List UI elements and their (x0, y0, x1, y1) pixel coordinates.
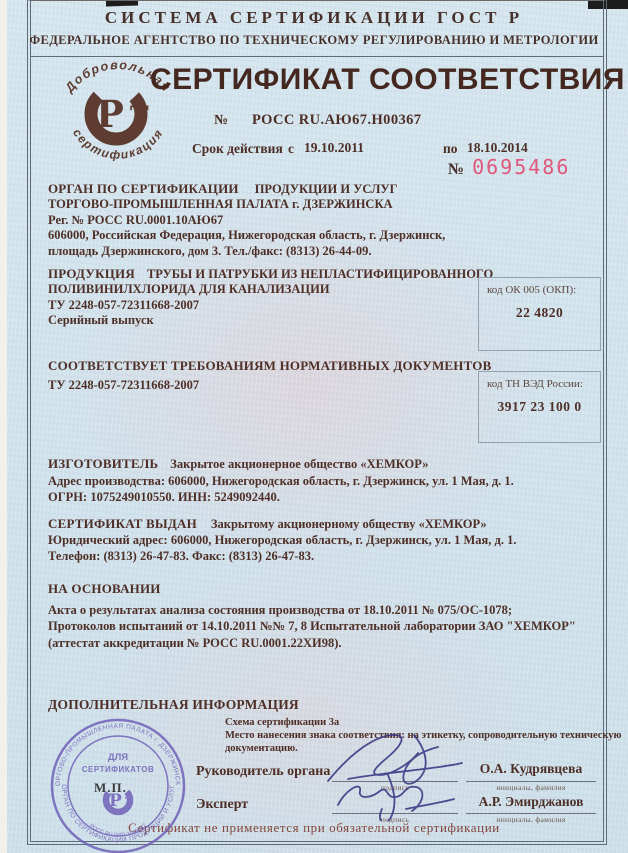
certificate-page: СИСТЕМА СЕРТИФИКАЦИИ ГОСТ Р ФЕДЕРАЛЬНОЕ … (0, 0, 628, 853)
product-name-line2: ПОЛИВИНИЛХЛОРИДА ДЛЯ КАНАЛИЗАЦИИ (48, 282, 493, 297)
basis-section: НА ОСНОВАНИИ Акта о результатах анализа … (48, 581, 576, 651)
product-issue-type: Серийный выпуск (48, 313, 493, 328)
agency-line: ФЕДЕРАЛЬНОЕ АГЕНТСТВО ПО ТЕХНИЧЕСКОМУ РЕ… (0, 33, 628, 48)
org-value: ПРОДУКЦИИ И УСЛУГ (255, 182, 398, 196)
stamp-center-line1: ДЛЯ (108, 752, 128, 763)
manufacturer-section: ИЗГОТОВИТЕЛЬЗакрытое акционерное обществ… (48, 456, 514, 506)
manufacturer-address: Адрес производства: 606000, Нижегородска… (48, 473, 514, 490)
issued-to-phone: Телефон: (8313) 26-47-83. Факс: (8313) 2… (48, 548, 516, 564)
serial-number: №0695486 (448, 155, 570, 179)
certification-body-section: ОРГАН ПО СЕРТИФИКАЦИИПРОДУКЦИИ И УСЛУГ Т… (48, 181, 445, 259)
rst-letter-p: Р (96, 92, 124, 136)
serial-value: 0695486 (472, 155, 570, 179)
org-address-line1: 606000, Российская Федерация, Нижегородс… (48, 228, 445, 243)
okp-code-value: 22 4820 (479, 305, 600, 321)
org-address-line2: площадь Дзержинского, дом 3. Тел./факс: … (48, 244, 445, 259)
manufacturer-value: Закрытое акционерное общество «ХЕМКОР» (170, 457, 428, 471)
head-name-caption: инициалы, фамилия (466, 783, 596, 792)
compliance-tu-line: ТУ 2248-057-72311668-2007 (48, 373, 491, 393)
org-name-line: ТОРГОВО-ПРОМЫШЛЕННАЯ ПАЛАТА г. ДЗЕРЖИНСК… (48, 197, 445, 212)
product-section: ПРОДУКЦИЯТРУБЫ И ПАТРУБКИ ИЗ НЕПЛАСТИФИЦ… (48, 266, 493, 329)
basis-label: НА ОСНОВАНИИ (48, 581, 576, 598)
basis-line2: Протоколов испытаний от 14.10.2011 №№ 7,… (48, 618, 576, 635)
compliance-section: СООТВЕТСТВУЕТ ТРЕБОВАНИЯМ НОРМАТИВНЫХ ДО… (48, 358, 491, 394)
issued-to-section: СЕРТИФИКАТ ВЫДАНЗакрытому акционерному о… (48, 516, 516, 565)
issued-to-address: Юридический адрес: 606000, Нижегородская… (48, 532, 516, 548)
manufacturer-label: ИЗГОТОВИТЕЛЬ (48, 456, 158, 471)
stamp-inner-ring (68, 736, 168, 836)
tnved-code-value: 3917 23 100 0 (479, 399, 600, 415)
validity-from-date: 19.10.2011 (304, 140, 364, 156)
cert-number-label: № (214, 113, 228, 129)
stamp-center-line2: СЕРТИФИКАТОВ (82, 765, 155, 774)
compliance-label: СООТВЕТСТВУЕТ ТРЕБОВАНИЯМ НОРМАТИВНЫХ ДО… (48, 358, 491, 373)
okp-code-label: код ОК 005 (ОКП): (487, 284, 600, 296)
org-reg-line: Рег. № РОСС RU.0001.10АЮ67 (48, 213, 445, 228)
issued-to-label: СЕРТИФИКАТ ВЫДАН (48, 516, 197, 531)
additional-scheme-line: Схема сертификации 3а (225, 716, 622, 729)
issued-to-value: Закрытому акционерному обществу «ХЕМКОР» (211, 517, 487, 531)
org-label: ОРГАН ПО СЕРТИФИКАЦИИ (48, 181, 239, 196)
scan-edge (0, 0, 7, 853)
rst-letter-t: Т (130, 101, 149, 130)
serial-label: № (448, 161, 464, 178)
rst-monogram: Р Т (91, 89, 149, 139)
head-role-label: Руководитель органа (196, 764, 330, 780)
stamp-rst-monogram: Р Т (106, 788, 134, 812)
head-name-line (466, 781, 596, 782)
validity-to-date: 18.10.2014 (467, 140, 528, 156)
system-line: СИСТЕМА СЕРТИФИКАЦИИ ГОСТ Р (0, 8, 628, 28)
expert-name-line (466, 813, 596, 814)
product-name-line1: ТРУБЫ И ПАТРУБКИ ИЗ НЕПЛАСТИФИЦИРОВАННОГ… (147, 267, 493, 281)
stamp-outer-ring (52, 720, 184, 852)
tnved-code-box: код ТН ВЭД России: 3917 23 100 0 (478, 371, 601, 443)
okp-code-box: код ОК 005 (ОКП): 22 4820 (478, 277, 601, 351)
stamp-rst-letter-p: Р (109, 791, 122, 811)
expert-role-label: Эксперт (196, 797, 248, 813)
certification-body-stamp-icon: ТОРГОВО-ПРОМЫШЛЕННАЯ ПАЛАТА г. ДЗЕРЖИНСК… (34, 708, 202, 853)
validity-from-label: с (288, 141, 294, 157)
certificate-title: СЕРТИФИКАТ СООТВЕТСТВИЯ (150, 63, 605, 97)
validity-label: Срок действия (192, 141, 283, 157)
stamp-rst-letter-t: Т (125, 795, 134, 808)
basis-line3: (аттестат аккредитации № РОСС RU.0001.22… (48, 635, 576, 652)
manufacturer-ogrn-inn: ОГРН: 1075249010550. ИНН: 5249092440. (48, 489, 514, 506)
cert-number-value: РОСС RU.АЮ67.Н00367 (252, 112, 421, 129)
head-name: О.А. Кудрявцева (466, 761, 596, 777)
basis-line1: Акта о результатах анализа состояния про… (48, 598, 576, 619)
product-tu-line: ТУ 2248-057-72311668-2007 (48, 298, 493, 313)
expert-signature-scribble (328, 769, 468, 821)
product-label: ПРОДУКЦИЯ (48, 266, 135, 281)
expert-name: А.Р. Эмирджанов (466, 794, 596, 810)
tnved-code-label: код ТН ВЭД России: (487, 378, 600, 390)
